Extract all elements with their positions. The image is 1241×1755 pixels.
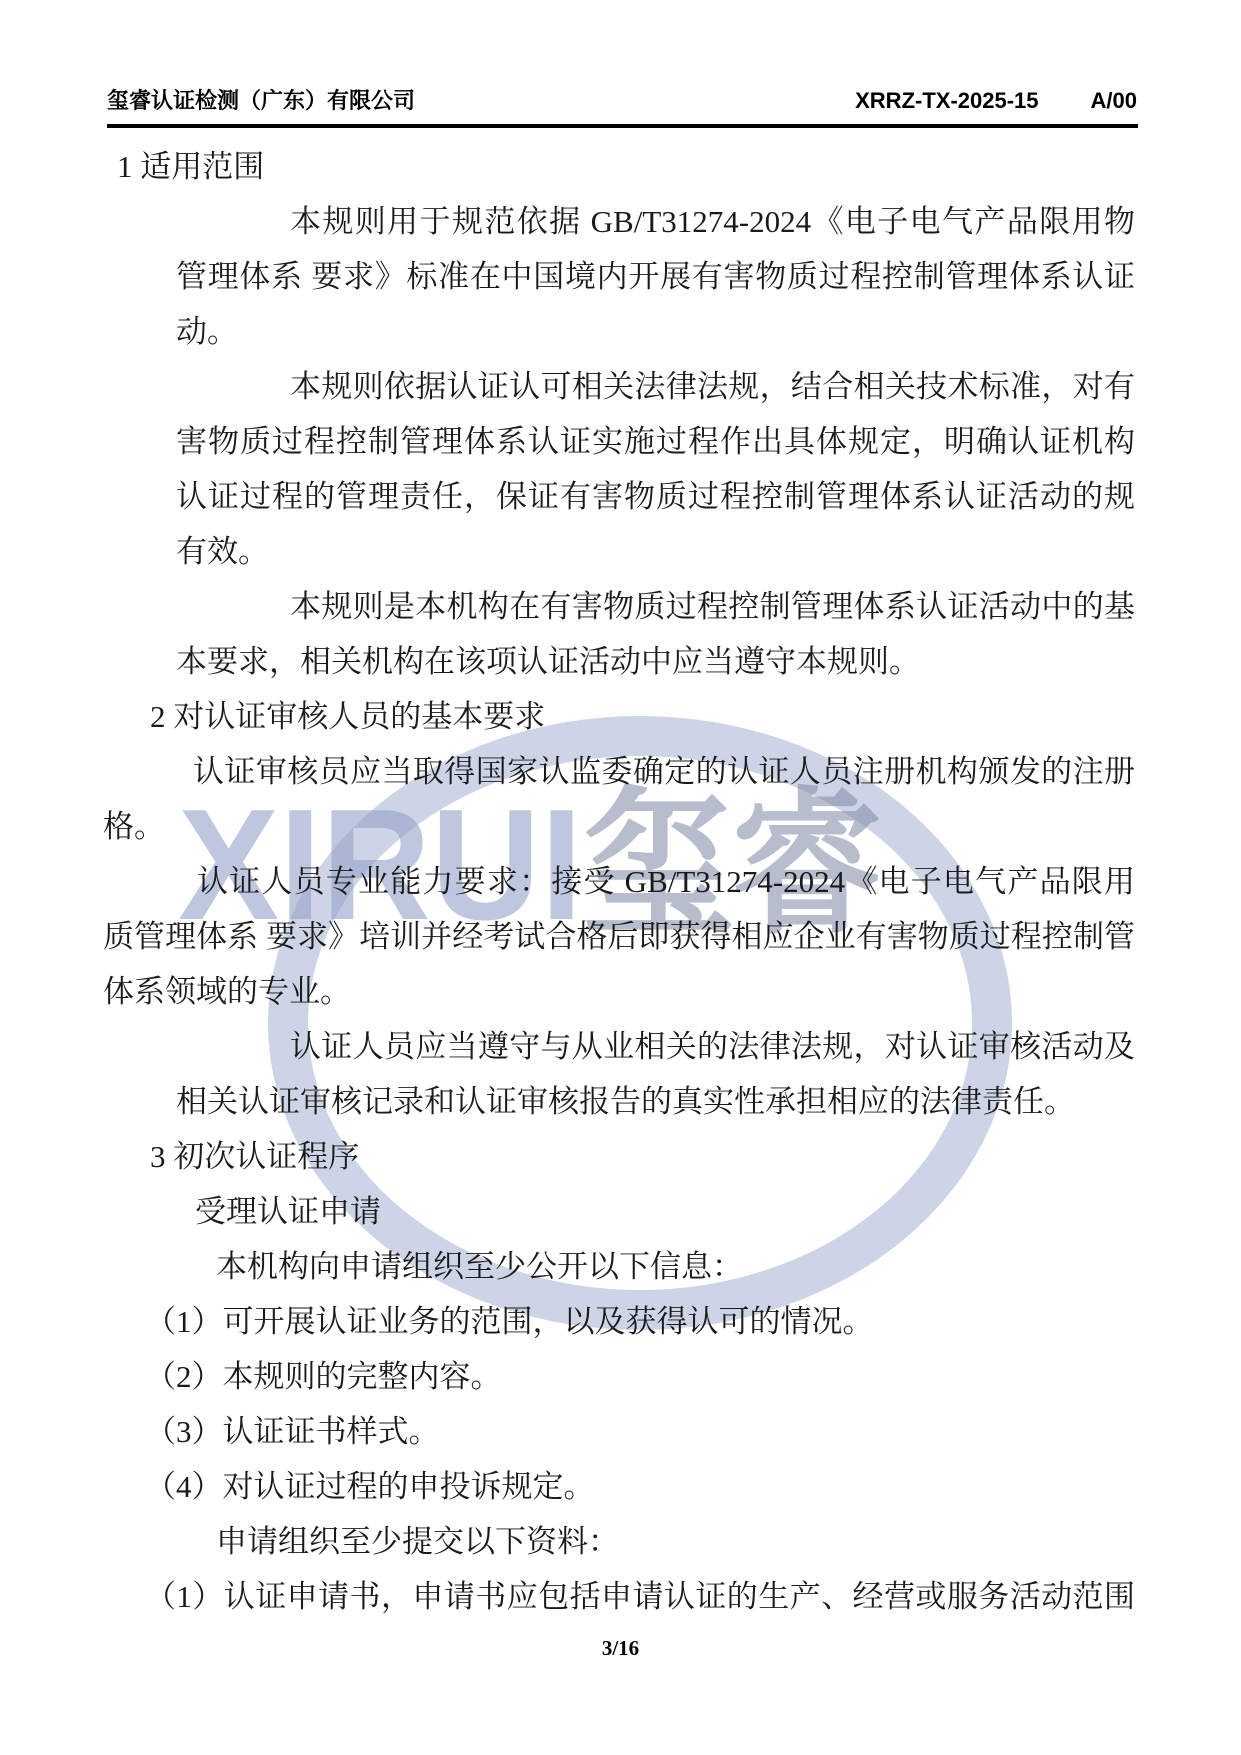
document-body: 1 适用范围本规则用于规范依据 GB/T31274-2024《电子电气产品限用物… [0,139,1241,1624]
page-number: 3/16 [602,1636,639,1660]
body-line: （4）对认证过程的申投诉规定。 [145,1459,1135,1514]
page-header: 玺睿认证检测（广东）有限公司 XRRZ-TX-2025-15 A/00 [107,84,1137,115]
body-line: 受理认证申请 [195,1184,1135,1239]
doc-number: XRRZ-TX-2025-15 [855,88,1038,114]
body-line: 3 初次认证程序 [150,1129,1135,1184]
body-line: 2 对认证审核人员的基本要求 [150,689,1135,744]
body-line: 本要求，相关机构在该项认证活动中应当遵守本规则。 [176,634,1135,689]
body-line: 动。 [176,304,1135,359]
page-footer: 3/16 [0,1636,1241,1661]
body-line: 本规则是本机构在有害物质过程控制管理体系认证活动中的基 [290,579,1135,634]
body-line: 本机构向申请组织至少公开以下信息： [216,1239,1135,1294]
body-line: 体系领域的专业。 [103,964,1135,1019]
document-page: 玺睿认证检测（广东）有限公司 XRRZ-TX-2025-15 A/00 XIRU… [0,0,1241,1755]
body-line: 认证人员专业能力要求：接受 GB/T31274-2024《电子电气产品限用物 [197,854,1135,909]
body-line: 本规则依据认证认可相关法律法规，结合相关技术标准，对有 [290,359,1135,414]
body-line: 相关认证审核记录和认证审核报告的真实性承担相应的法律责任。 [176,1074,1135,1129]
body-line: 申请组织至少提交以下资料： [216,1514,1135,1569]
body-line: 有效。 [176,524,1135,579]
body-line: 本规则用于规范依据 GB/T31274-2024《电子电气产品限用物质 [290,194,1135,249]
header-right: XRRZ-TX-2025-15 A/00 [855,88,1137,114]
body-line: （2）本规则的完整内容。 [145,1349,1135,1404]
header-rule [107,124,1138,128]
body-line: 认证过程的管理责任，保证有害物质过程控制管理体系认证活动的规范 [176,469,1135,524]
body-line: 认证人员应当遵守与从业相关的法律法规，对认证审核活动及 [290,1019,1135,1074]
body-line: 管理体系 要求》标准在中国境内开展有害物质过程控制管理体系认证活 [176,249,1135,304]
body-line: （1）可开展认证业务的范围，以及获得认可的情况。 [145,1294,1135,1349]
body-line: 害物质过程控制管理体系认证实施过程作出具体规定，明确认证机构对 [176,414,1135,469]
body-line: 质管理体系 要求》培训并经考试合格后即获得相应企业有害物质过程控制管理 [103,909,1135,964]
company-name: 玺睿认证检测（广东）有限公司 [107,84,415,115]
body-line: 认证审核员应当取得国家认监委确定的认证人员注册机构颁发的注册资 [193,744,1135,799]
body-line: （3）认证证书样式。 [145,1404,1135,1459]
body-line: （1）认证申请书，申请书应包括申请认证的生产、经营或服务活动范围及 [145,1569,1135,1624]
body-line: 格。 [103,799,1135,854]
doc-revision: A/00 [1091,88,1137,114]
body-line: 1 适用范围 [117,139,1135,194]
